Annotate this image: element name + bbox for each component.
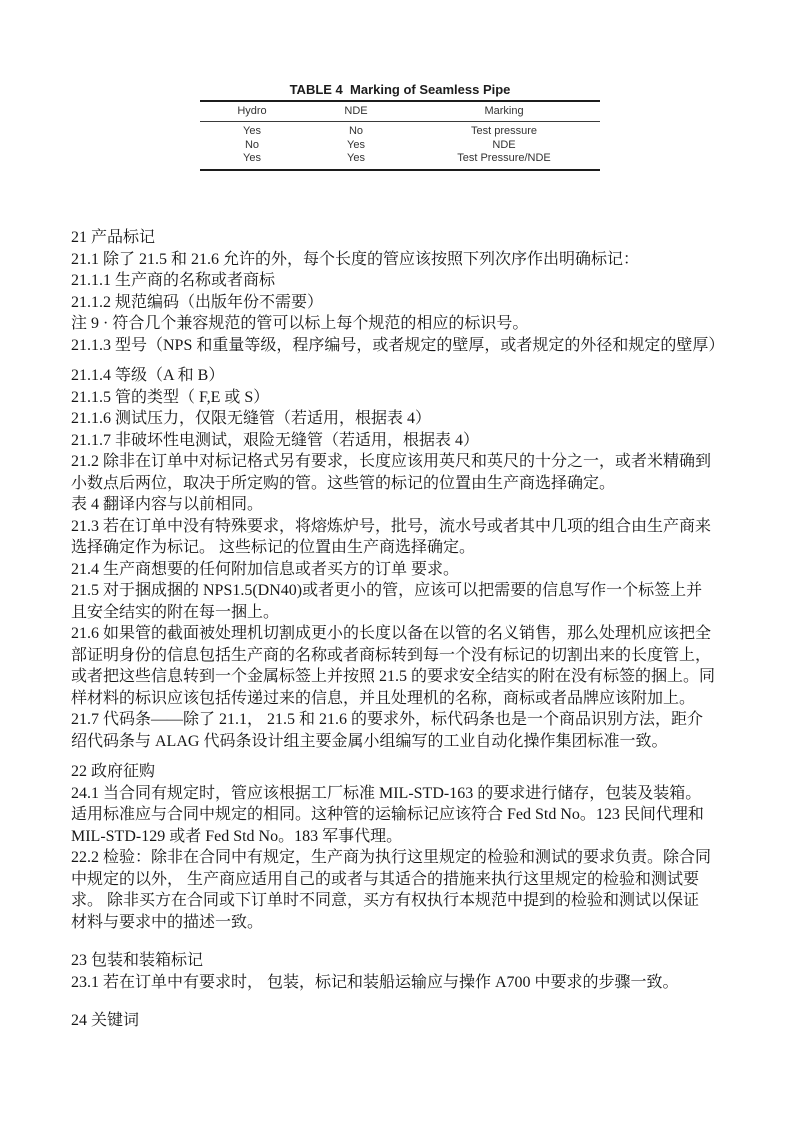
text-line: 21.4 生产商想要的任何附加信息或者买方的订单 要求。 <box>71 559 743 581</box>
text-line: 21.1.2 规范编码（出版年份不需要） <box>71 292 743 314</box>
paragraph-spacer <box>71 752 743 761</box>
text-line: 且安全结实的附在每一捆上。 <box>71 602 743 624</box>
text-line: 适用标准应与合同中规定的相同。这种管的运输标记应该符合 Fed Std No。1… <box>71 804 743 826</box>
text-line: 21.6 如果管的截面被处理机切割成更小的长度以备在以管的名义销售，那么处理机应… <box>71 623 743 645</box>
text-line: 21.1.6 测试压力，仅限无缝管（若适用，根据表 4） <box>71 408 743 430</box>
table-header-row: HydroNDEMarking <box>200 101 600 122</box>
table-header-cell: Hydro <box>200 101 304 122</box>
text-line: 21.7 代码条——除了 21.1， 21.5 和 21.6 的要求外，标代码条… <box>71 709 743 731</box>
text-line: 绍代码条与 ALAG 代码条设计组主要金属小组编写的工业自动化操作集团标准一致。 <box>71 731 743 753</box>
text-line: 22 政府征购 <box>71 761 743 783</box>
text-line: 求。 除非买方在合同或下订单时不同意，买方有权执行本规范中提到的检验和测试以保证 <box>71 890 743 912</box>
table-cell: Yes <box>304 139 408 153</box>
text-line: 21.3 若在订单中没有特殊要求，将熔炼炉号，批号，流水号或者其中几项的组合由生… <box>71 516 743 538</box>
table-cell: No <box>200 139 304 153</box>
table-cell: Yes <box>200 122 304 139</box>
text-line: 21.1.7 非破坏性电测试，艰险无缝管（若适用，根据表 4） <box>71 430 743 452</box>
table-cell: NDE <box>408 139 600 153</box>
table-cell: Test pressure <box>408 122 600 139</box>
table-row: YesYesTest Pressure/NDE <box>200 152 600 170</box>
table-header-cell: NDE <box>304 101 408 122</box>
text-line: 23 包装和装箱标记 <box>71 950 743 972</box>
text-line: 部证明身份的信息包括生产商的名称或者商标转到每一个没有标记的切割出来的长度管上， <box>71 645 743 667</box>
marking-table-section: TABLE 4 Marking of Seamless Pipe HydroND… <box>200 82 600 171</box>
text-line: 24 关键词 <box>71 1010 743 1032</box>
text-line: 21.1.3 型号（NPS 和重量等级，程序编号，或者规定的壁厚，或者规定的外径… <box>71 335 743 357</box>
text-line: 21.1.5 管的类型（ F,E 或 S） <box>71 387 743 409</box>
text-line: 样材料的标识应该包括传递过来的信息，并且处理机的名称，商标或者品牌应该附加上。 <box>71 688 743 710</box>
table-cell: No <box>304 122 408 139</box>
text-line: 21 产品标记 <box>71 227 743 249</box>
text-line: 21.5 对于捆成捆的 NPS1.5(DN40)或者更小的管，应该可以把需要的信… <box>71 580 743 602</box>
text-line: 22.2 检验：除非在合同中有规定，生产商为执行这里规定的检验和测试的要求负责。… <box>71 847 743 869</box>
text-line: MIL-STD-129 或者 Fed Std No。183 军事代理。 <box>71 826 743 848</box>
document-body: 21 产品标记21.1 除了 21.5 和 21.6 允许的外，每个长度的管应该… <box>71 227 743 1032</box>
text-line: 选择确定作为标记。 这些标记的位置由生产商选择确定。 <box>71 537 743 559</box>
paragraph-spacer <box>71 933 743 950</box>
table-header-cell: Marking <box>408 101 600 122</box>
text-line: 21.1.1 生产商的名称或者商标 <box>71 270 743 292</box>
text-line: 21.1.4 等级（A 和 B） <box>71 365 743 387</box>
document-page: TABLE 4 Marking of Seamless Pipe HydroND… <box>0 0 794 1123</box>
text-line: 材料与要求中的描述一致。 <box>71 912 743 934</box>
text-line: 21.1 除了 21.5 和 21.6 允许的外，每个长度的管应该按照下列次序作… <box>71 249 743 271</box>
table-title: TABLE 4 Marking of Seamless Pipe <box>200 82 600 97</box>
paragraph-spacer <box>71 356 743 365</box>
text-line: 注 9 · 符合几个兼容规范的管可以标上每个规范的相应的标识号。 <box>71 313 743 335</box>
table-row: NoYesNDE <box>200 139 600 153</box>
marking-table: HydroNDEMarking YesNoTest pressureNoYesN… <box>200 100 600 171</box>
text-line: 23.1 若在订单中有要求时， 包装，标记和装船运输应与操作 A700 中要求的… <box>71 972 743 994</box>
table-row: YesNoTest pressure <box>200 122 600 139</box>
table-cell: Yes <box>304 152 408 170</box>
text-line: 24.1 当合同有规定时，管应该根据工厂标准 MIL-STD-163 的要求进行… <box>71 783 743 805</box>
text-line: 表 4 翻译内容与以前相同。 <box>71 494 743 516</box>
table-cell: Test Pressure/NDE <box>408 152 600 170</box>
text-line: 21.2 除非在订单中对标记格式另有要求，长度应该用英尺和英尺的十分之一，或者米… <box>71 451 743 473</box>
text-line: 或者把这些信息转到一个金属标签上并按照 21.5 的要求安全结实的附在没有标签的… <box>71 666 743 688</box>
text-line: 中规定的以外， 生产商应适用自己的或者与其适合的措施来执行这里规定的检验和测试要 <box>71 869 743 891</box>
table-cell: Yes <box>200 152 304 170</box>
paragraph-spacer <box>71 993 743 1010</box>
text-line: 小数点后两位，取决于所定购的管。这些管的标记的位置由生产商选择确定。 <box>71 473 743 495</box>
